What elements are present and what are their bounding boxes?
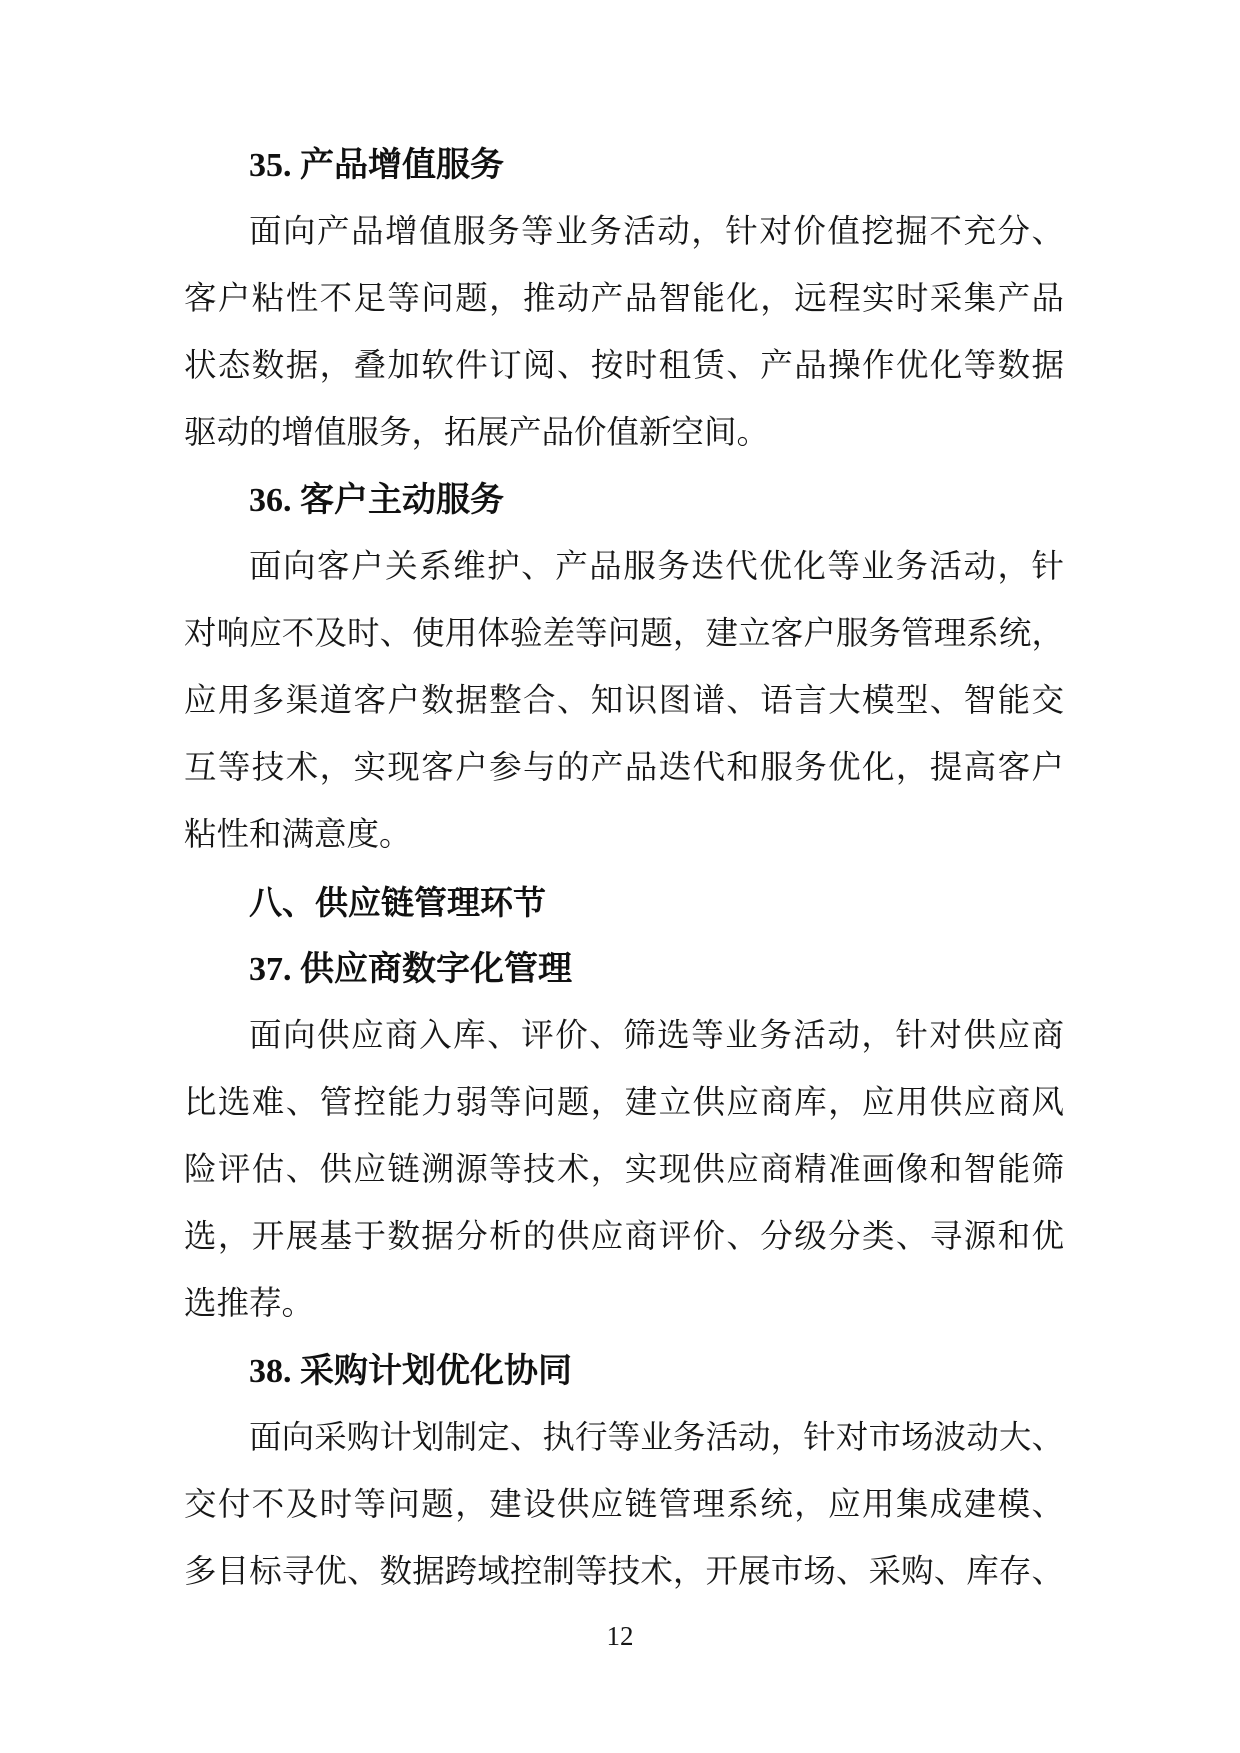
text-line: 面向采购计划制定、执行等业务活动，针对市场波动大、 <box>184 1405 1064 1472</box>
text-line: 对响应不及时、使用体验差等问题，建立客户服务管理系统， <box>184 601 1064 668</box>
paragraph-38: 面向采购计划制定、执行等业务活动，针对市场波动大、 交付不及时等问题，建设供应链… <box>184 1405 1064 1606</box>
heading-38: 38. 采购计划优化协同 <box>184 1338 1064 1405</box>
text-line: 状态数据，叠加软件订阅、按时租赁、产品操作优化等数据 <box>184 333 1064 400</box>
text-line: 面向供应商入库、评价、筛选等业务活动，针对供应商 <box>184 1003 1064 1070</box>
text-line: 驱动的增值服务，拓展产品价值新空间。 <box>184 400 1064 467</box>
text-line: 选推荐。 <box>184 1271 1064 1338</box>
text-line: 面向客户关系维护、产品服务迭代优化等业务活动，针 <box>184 534 1064 601</box>
page-number: 12 <box>0 1616 1240 1656</box>
text-line: 多目标寻优、数据跨域控制等技术，开展市场、采购、库存、 <box>184 1539 1064 1606</box>
section-heading-8: 八、供应链管理环节 <box>184 869 1064 936</box>
text-line: 面向产品增值服务等业务活动，针对价值挖掘不充分、 <box>184 199 1064 266</box>
text-line: 客户粘性不足等问题，推动产品智能化，远程实时采集产品 <box>184 266 1064 333</box>
paragraph-35: 面向产品增值服务等业务活动，针对价值挖掘不充分、 客户粘性不足等问题，推动产品智… <box>184 199 1064 467</box>
text-line: 险评估、供应链溯源等技术，实现供应商精准画像和智能筛 <box>184 1137 1064 1204</box>
text-line: 比选难、管控能力弱等问题，建立供应商库，应用供应商风 <box>184 1070 1064 1137</box>
document-content: 35. 产品增值服务 面向产品增值服务等业务活动，针对价值挖掘不充分、 客户粘性… <box>184 132 1064 1606</box>
heading-37: 37. 供应商数字化管理 <box>184 936 1064 1003</box>
paragraph-36: 面向客户关系维护、产品服务迭代优化等业务活动，针 对响应不及时、使用体验差等问题… <box>184 534 1064 869</box>
text-line: 交付不及时等问题，建设供应链管理系统，应用集成建模、 <box>184 1472 1064 1539</box>
text-line: 粘性和满意度。 <box>184 802 1064 869</box>
text-line: 选，开展基于数据分析的供应商评价、分级分类、寻源和优 <box>184 1204 1064 1271</box>
text-line: 互等技术，实现客户参与的产品迭代和服务优化，提高客户 <box>184 735 1064 802</box>
paragraph-37: 面向供应商入库、评价、筛选等业务活动，针对供应商 比选难、管控能力弱等问题，建立… <box>184 1003 1064 1338</box>
heading-35: 35. 产品增值服务 <box>184 132 1064 199</box>
heading-36: 36. 客户主动服务 <box>184 467 1064 534</box>
text-line: 应用多渠道客户数据整合、知识图谱、语言大模型、智能交 <box>184 668 1064 735</box>
document-page: 35. 产品增值服务 面向产品增值服务等业务活动，针对价值挖掘不充分、 客户粘性… <box>0 0 1240 1753</box>
